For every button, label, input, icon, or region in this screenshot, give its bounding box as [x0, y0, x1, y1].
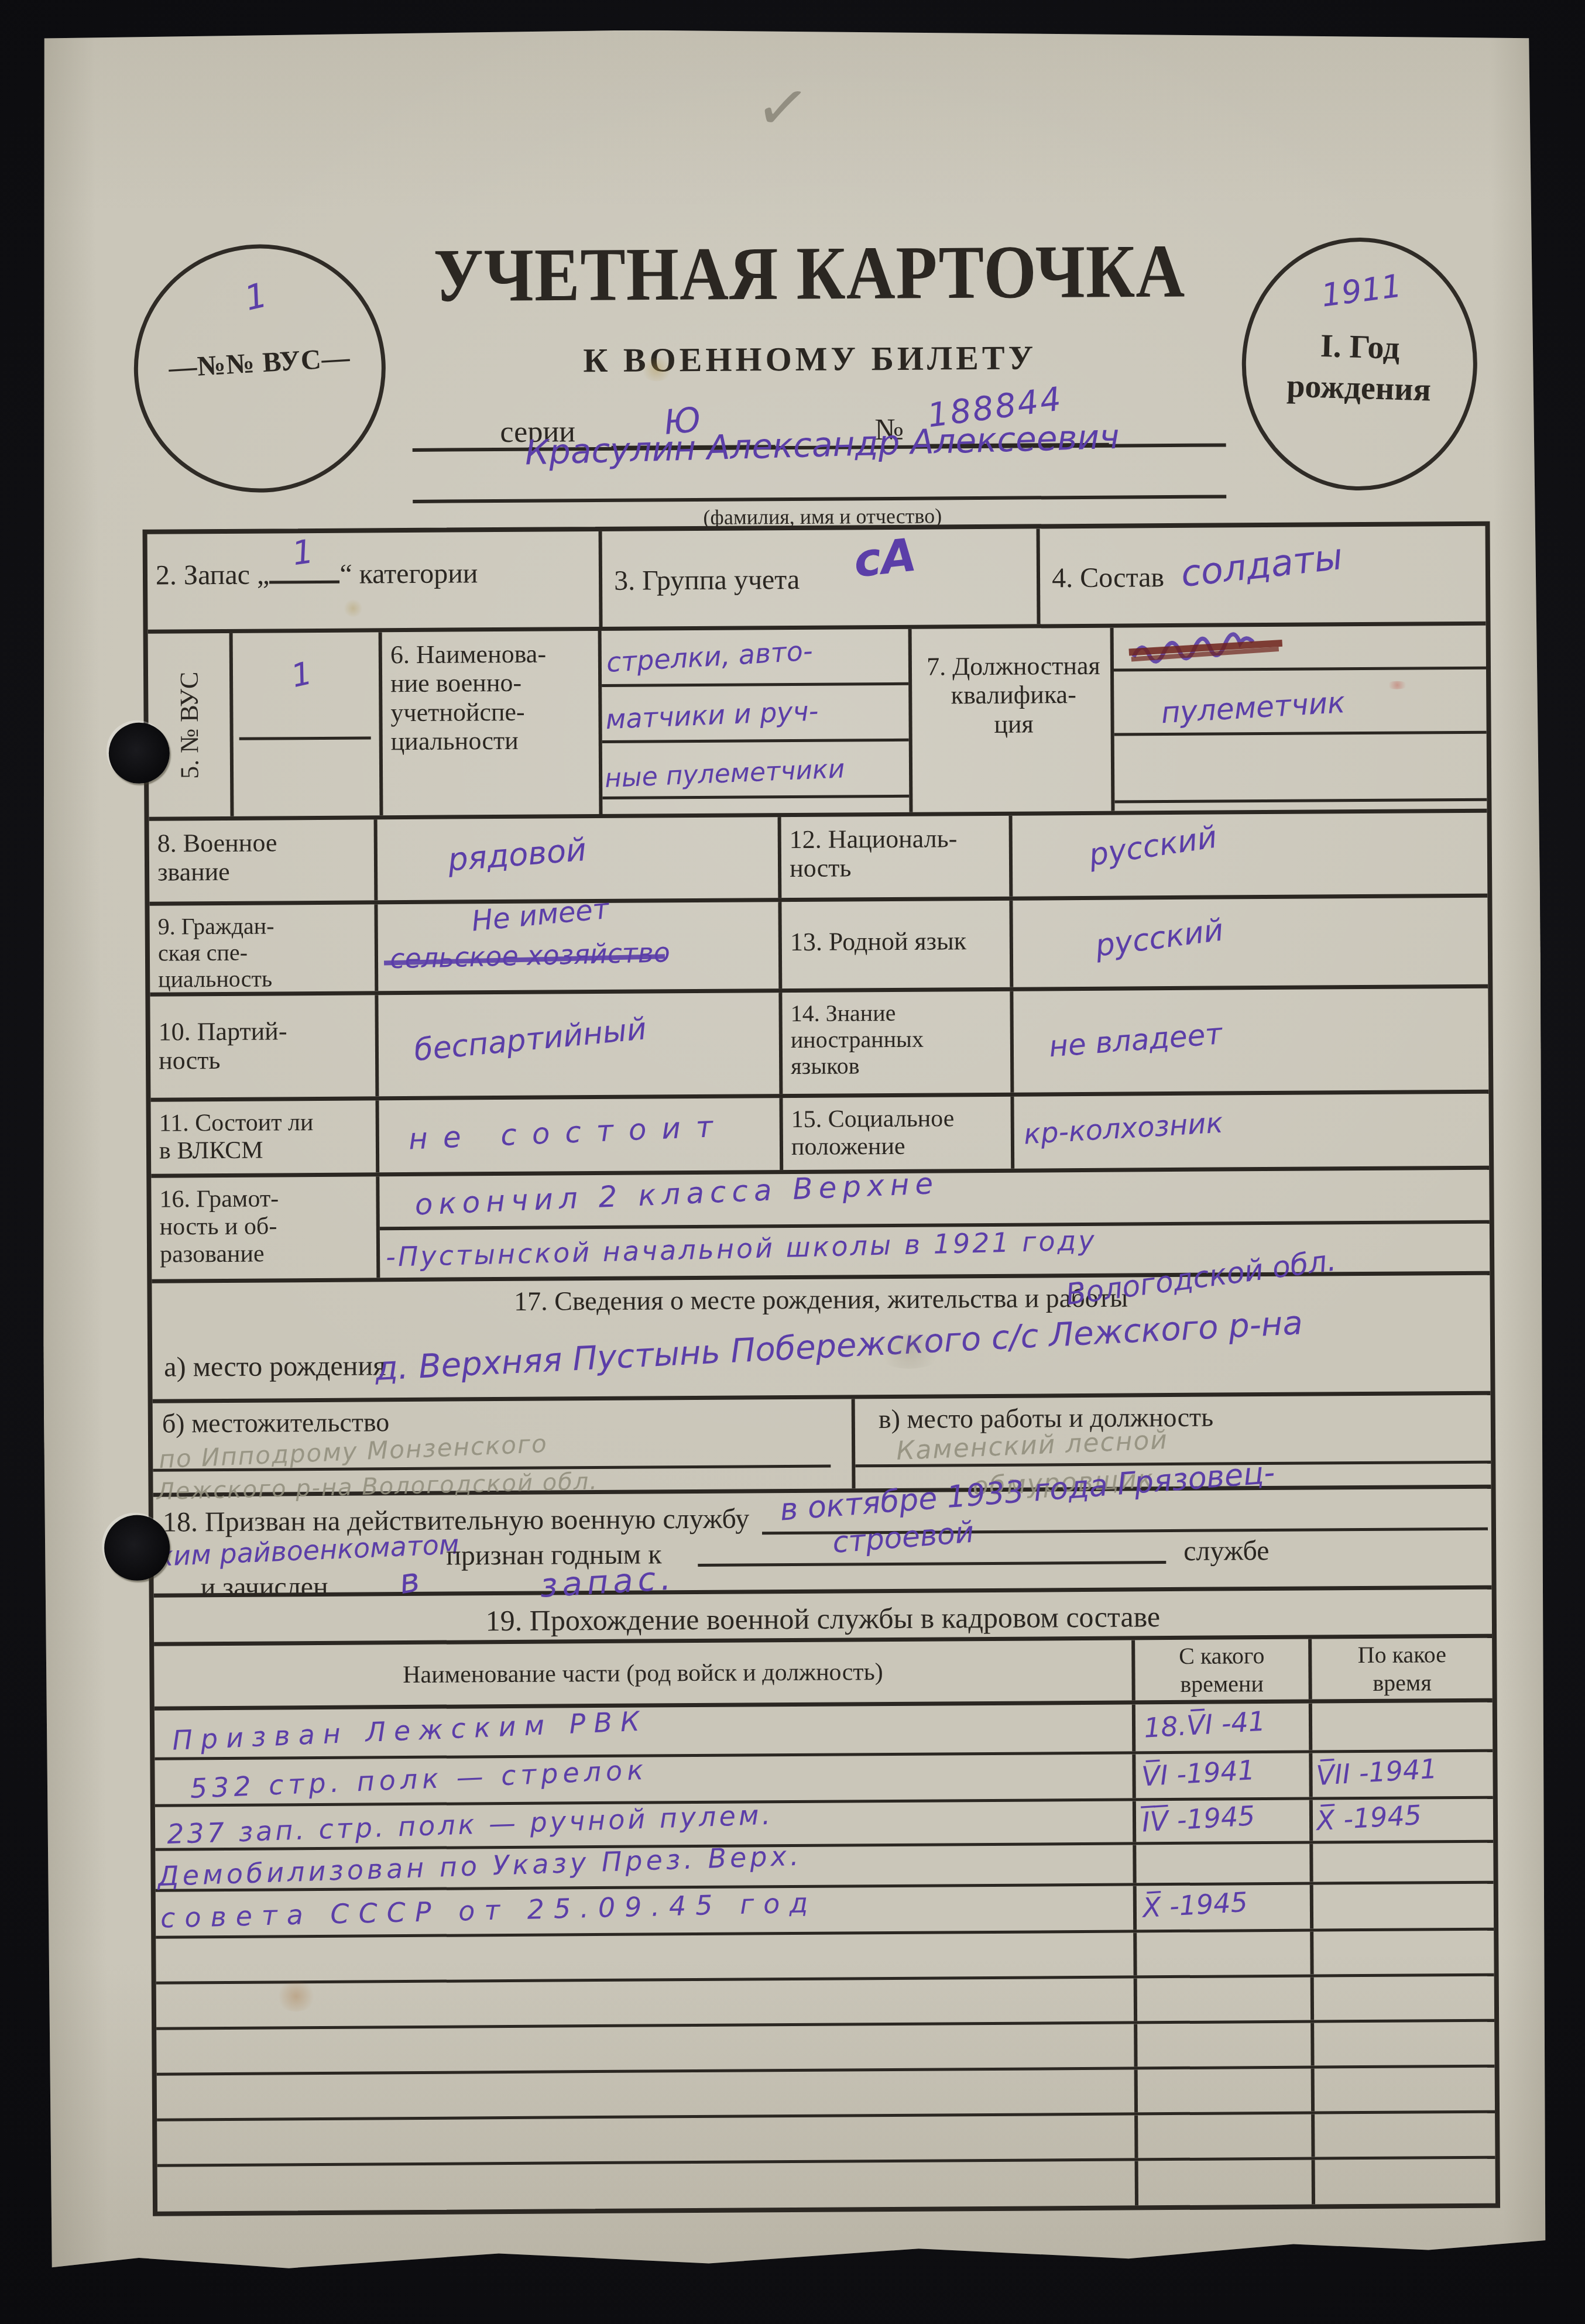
field-15-value-cell: кр-колхозник [1014, 1094, 1489, 1169]
field-15-label: 15. Социальное положение [783, 1097, 1011, 1161]
section-19-title: 19. Прохождение военной службы в кадрово… [154, 1590, 1492, 1642]
row-2-3-4: 2. Запас „1“ категории 3. Группа учета с… [147, 526, 1486, 634]
col-header-unit: Наименование части (род войск и должност… [154, 1640, 1135, 1706]
field-16-label: 16. Грамот- ность и об- разование [151, 1176, 376, 1268]
field-14-label-cell: 14. Знание иностранных языков [782, 991, 1014, 1094]
field-8-label: 8. Военное звание [149, 819, 375, 887]
birth-year-circle: 1911 I. Год рождения [1239, 234, 1481, 493]
screenshot-root: { "header": { "checkmark": "✓", "vus_cir… [0, 0, 1585, 2324]
section-17a-label: а) место рождения [164, 1350, 386, 1383]
field-14-value: не владеет [1048, 1017, 1223, 1063]
service-row-3-unit: 237 зап. стр. полк — ручной пулем. [166, 1799, 773, 1850]
birth-year-label: I. Год рождения [1245, 323, 1474, 411]
section-17bv-row: б) местожительство по Ипподрому Монзенск… [153, 1395, 1491, 1497]
service-row-empty-5 [157, 2113, 1495, 2167]
field-8-label-cell: 8. Военное звание [149, 819, 378, 901]
registration-card-page: ✓ 1 —№№ ВУС— УЧЕТНАЯ КАРТОЧКА К ВОЕННОМУ… [35, 25, 1548, 2274]
vus-circle-number: 1 [241, 274, 271, 318]
field-2-zapas: 2. Запас „1“ категории [147, 531, 603, 630]
field-3-value: сА [851, 528, 919, 588]
field-8-value-cell: рядовой [378, 817, 782, 900]
section-17b-label: б) местожительство [162, 1406, 390, 1439]
field-4-value: солдаты [1179, 535, 1345, 595]
field-6-value-line1: стрелки, авто- [606, 635, 814, 679]
field-5-divider [239, 736, 371, 740]
field-10-label: 10. Партий- ность [150, 995, 375, 1075]
row-8-12: 8. Военное звание рядовой 12. Националь-… [149, 813, 1488, 906]
service-row-empty-2 [156, 1976, 1494, 2030]
section-18-line2-underline [698, 1561, 1166, 1567]
field-3-label: 3. Группа учета [606, 556, 804, 597]
birth-year-value: 1911 [1319, 267, 1404, 314]
section-18-line2-label-end: службе [1183, 1535, 1270, 1567]
field-9-value-cell: Не имеет сельское хозяйство [378, 902, 782, 991]
field-8-value: рядовой [447, 831, 588, 878]
section-19-title-row: 19. Прохождение военной службы в кадрово… [154, 1590, 1492, 1646]
service-row-5: совета СССР от 25.09.45 год X̅ -1945 [156, 1884, 1494, 1939]
col-header-from: С какого времени [1135, 1639, 1312, 1701]
name-lower-rule [413, 495, 1226, 503]
field-13-value: русский [1093, 912, 1226, 964]
row-11-15: 11. Состоит ли в ВЛКСМ не состоит 15. Со… [150, 1094, 1489, 1178]
vus-circle-label: —№№ ВУС— [137, 339, 382, 386]
punch-hole-bottom [104, 1515, 170, 1581]
field-14-label: 14. Знание иностранных языков [782, 991, 1010, 1080]
field-2-value: 1 [290, 534, 316, 573]
field-5-value-cell: 1 [233, 632, 383, 816]
field-14-value-cell: не владеет [1013, 988, 1488, 1093]
service-row-empty-1 [156, 1931, 1494, 1985]
field-11-label-cell: 11. Состоит ли в ВЛКСМ [150, 1100, 379, 1173]
field-15-label-cell: 15. Социальное положение [783, 1097, 1014, 1170]
field-7-value: пулеметчик [1160, 685, 1346, 730]
service-row-empty-3 [156, 2022, 1494, 2076]
field-3-gruppa: 3. Группа учета сА [602, 528, 1041, 627]
field-6-value-cell: стрелки, авто- матчики и руч- ные пулеме… [602, 629, 913, 814]
service-row-2-unit: 532 стр. полк — стрелок [190, 1754, 649, 1804]
col-header-from-label: С какого времени [1179, 1642, 1265, 1698]
row-5-6-7: 5. № ВУС 1 6. Наименова- ние военно- уче… [148, 626, 1487, 821]
service-row-2: 532 стр. полк — стрелок V̅I -1941 V̅II -… [155, 1752, 1493, 1807]
service-row-1-unit: Призван Лежским РВК [171, 1705, 648, 1756]
service-row-1-from: 18.V̅I -41 [1143, 1705, 1267, 1744]
section-17a-row: а) место рождения д. Верхняя Пустынь Поб… [152, 1310, 1491, 1403]
field-11-label: 11. Состоит ли в ВЛКСМ [150, 1100, 376, 1165]
field-16-value-line2: -Пустынской начальной школы в 1921 году [386, 1224, 1097, 1273]
service-row-3-from: I̅V̅ -1945 [1141, 1800, 1256, 1838]
field-2-label-post: “ категории [339, 558, 478, 589]
card-title: УЧЕТНАЯ КАРТОЧКА [411, 228, 1207, 320]
row-10-14: 10. Партий- ность беспартийный 14. Знани… [150, 988, 1488, 1102]
field-15-value: кр-колхозник [1023, 1107, 1223, 1151]
field-12-label-cell: 12. Националь- ность [781, 816, 1013, 898]
col-header-to-label: По какое время [1358, 1640, 1447, 1697]
service-row-2-from: V̅I -1941 [1141, 1754, 1255, 1792]
field-2-underline: 1 [269, 581, 339, 584]
field-12-value: русский [1087, 820, 1219, 873]
field-5-label: 5. № ВУС [174, 671, 204, 779]
field-13-label: 13. Родной язык [781, 901, 1010, 957]
field-7-label: 7. Должностная квалифика- ция [912, 628, 1111, 739]
card-main-table: 2. Запас „1“ категории 3. Группа учета с… [143, 521, 1501, 2216]
service-row-3-to: X̅ -1945 [1316, 1799, 1423, 1836]
field-5-vus: 5. № ВУС [148, 633, 234, 817]
field-12-value-cell: русский [1013, 813, 1488, 897]
service-row-5-from: X̅ -1945 [1141, 1886, 1248, 1924]
field-16-label-cell: 16. Грамот- ность и об- разование [151, 1176, 380, 1279]
field-10-value: беспартийный [413, 1011, 648, 1068]
card-subtitle: К ВОЕННОМУ БИЛЕТУ [412, 337, 1208, 381]
field-7-value-cell: пулеметчик [1114, 626, 1487, 811]
field-2-label-pre: 2. Запас „ [156, 559, 270, 591]
service-row-empty-4 [157, 2068, 1495, 2122]
field-12-label: 12. Националь- ность [781, 816, 1010, 883]
section-17a-value: д. Верхняя Пустынь Побережского с/с Лежс… [374, 1304, 1303, 1388]
row-9-13: 9. Граждан- ская спе- циальность Не имее… [149, 898, 1488, 997]
field-11-value: не состоит [408, 1109, 729, 1156]
field-11-value-cell: не состоит [379, 1098, 783, 1172]
field-9-label: 9. Граждан- ская спе- циальность [149, 904, 375, 993]
service-row-5-unit: совета СССР от 25.09.45 год [160, 1887, 817, 1934]
field-13-value-cell: русский [1013, 898, 1488, 987]
field-6-value-line3: ные пулеметчики [604, 754, 845, 794]
service-row-3: 237 зап. стр. полк — ручной пулем. I̅V̅ … [155, 1799, 1493, 1851]
service-row-1: Призван Лежским РВК 18.V̅I -41 [155, 1702, 1493, 1760]
col-header-unit-label: Наименование части (род войск и должност… [403, 1658, 883, 1689]
field-6-label: 6. Наименова- ние военно- учетнойспе- ци… [382, 631, 599, 756]
service-row-empty-6 [157, 2159, 1495, 2212]
service-table-header: Наименование части (род войск и должност… [154, 1638, 1493, 1711]
field-6-value-line2: матчики и руч- [605, 695, 819, 735]
field-6-label-cell: 6. Наименова- ние военно- учетнойспе- ци… [382, 631, 603, 815]
field-13-label-cell: 13. Родной язык [781, 901, 1013, 988]
field-10-value-cell: беспартийный [378, 993, 783, 1096]
field-4-label: 4. Состав [1044, 554, 1168, 594]
pencil-checkmark-icon: ✓ [751, 67, 815, 148]
field-10-label-cell: 10. Партий- ность [150, 995, 379, 1097]
crossed-out-scribble [1126, 623, 1302, 674]
field-4-sostav: 4. Состав солдаты [1040, 526, 1486, 624]
field-9-label-cell: 9. Граждан- ская спе- циальность [149, 904, 378, 992]
section-18-block: 18. Призван на действительную военную сл… [153, 1489, 1492, 1598]
service-row-2-to: V̅II -1941 [1315, 1753, 1438, 1791]
field-5-value: 1 [288, 654, 315, 695]
section-17b-cell: б) местожительство по Ипподрому Монзенск… [153, 1399, 856, 1492]
col-header-to: По какое время [1312, 1638, 1493, 1700]
punch-hole-top [109, 722, 170, 784]
field-7-label-cell: 7. Должностная квалифика- ция [912, 628, 1115, 812]
vus-circle-stamp: 1 —№№ ВУС— [127, 237, 393, 499]
